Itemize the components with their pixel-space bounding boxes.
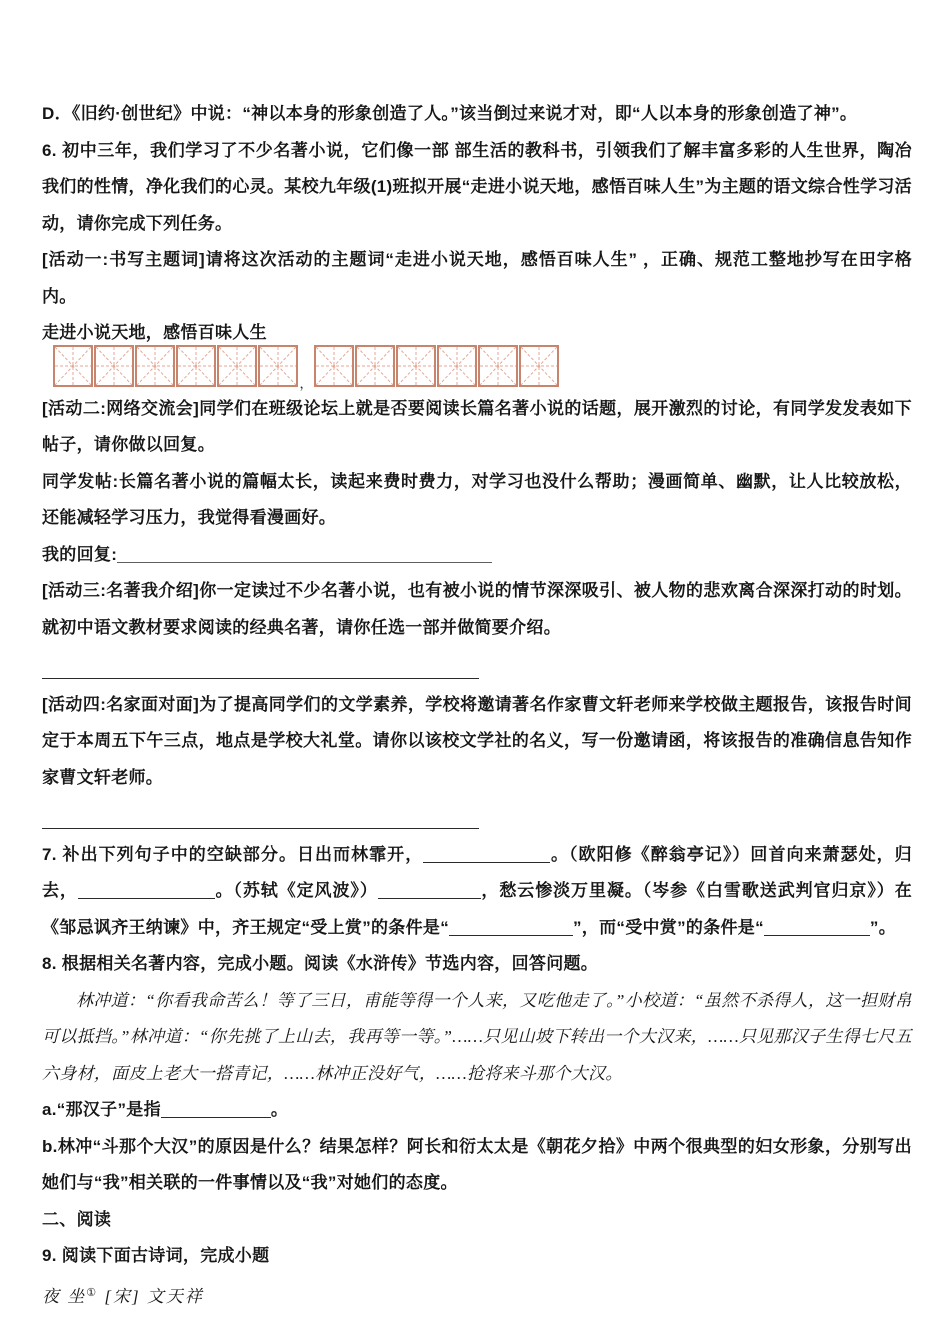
question-8-intro: 8. 根据相关名著内容，完成小题。阅读《水浒传》节选内容，回答问题。 (42, 946, 912, 983)
tianzige-box (94, 345, 134, 387)
poem-title-line: 夜 坐① [宋] 文天祥 (42, 1275, 912, 1316)
tianzige-box (437, 345, 477, 387)
student-post: 同学发帖:长篇名著小说的篇幅太长，读起来费时费力，对学习也没什么帮助；漫画简单、… (42, 464, 912, 537)
reply-answer-blank (117, 549, 492, 563)
tianzige-group-1 (53, 345, 298, 387)
q7-blank-2 (78, 885, 215, 899)
activity-4-instruction: [活动四:名家面对面]为了提高同学们的文学素养，学校将邀请著名作家曹文轩老师来学… (42, 687, 912, 797)
tianzige-box (314, 345, 354, 387)
question-9-intro: 9. 阅读下面古诗词，完成小题 (42, 1238, 912, 1275)
activity-2-instruction: [活动二:网络交流会]同学们在班级论坛上就是否要阅读长篇名著小说的话题，展开激烈… (42, 391, 912, 464)
shuihu-excerpt: 林冲道：“你看我命苦么！等了三日，甫能等得一个人来，又吃他走了。”小校道：“虽然… (42, 983, 912, 1093)
grid-separator-comma: ， (298, 379, 314, 389)
tianzige-box (258, 345, 298, 387)
activity-3-instruction: [活动三:名著我介绍]你一定读过不少名著小说，也有被小说的情节深深吸引、被人物的… (42, 573, 912, 646)
tianzige-group-2 (314, 345, 559, 387)
answer-blank-line-1 (42, 653, 912, 690)
q7-blank-4 (449, 922, 573, 936)
sub-question-b: b.林冲“斗那个大汉”的原因是什么？结果怎样？阿长和衍太太是《朝花夕拾》中两个很… (42, 1129, 912, 1202)
q7-blank-3 (378, 885, 481, 899)
activity-1-instruction: [活动一:书写主题词]请将这次活动的主题词“走进小说天地，感悟百味人生” ，正确… (42, 242, 912, 315)
exam-document-page: D．《旧约·创世纪》中说：“神以本身的形象创造了人。”该当倒过来说才对，即“人以… (0, 0, 950, 1315)
answer-blank (42, 665, 479, 679)
question-7: 7. 补出下列句子中的空缺部分。日出而林霏开，。（欧阳修《醉翁亭记》）回首向来萧… (42, 837, 912, 947)
tianzige-grid: ， (53, 345, 912, 389)
poem-title: 夜 坐 (42, 1287, 86, 1306)
poem-note-mark: ① (86, 1287, 98, 1299)
tianzige-box (217, 345, 257, 387)
tianzige-box (519, 345, 559, 387)
q8a-text: a.“那汉子”是指 (42, 1100, 161, 1119)
answer-blank (42, 815, 479, 829)
my-reply-label: 我的回复: (42, 545, 117, 564)
q7-blank-5 (764, 922, 870, 936)
tianzige-box (396, 345, 436, 387)
tianzige-box (478, 345, 518, 387)
my-reply-line: 我的回复: (42, 537, 912, 574)
section-2-heading: 二、阅读 (42, 1202, 912, 1239)
tianzige-box (135, 345, 175, 387)
poem-author: [宋] 文天祥 (104, 1287, 203, 1306)
option-d-line: D．《旧约·创世纪》中说：“神以本身的形象创造了人。”该当倒过来说才对，即“人以… (42, 96, 912, 133)
q8a-blank (161, 1104, 271, 1118)
tianzige-box (53, 345, 93, 387)
q7-text-5: ”，而“受中赏”的条件是“ (573, 918, 764, 937)
q7-text-6: ”。 (870, 918, 896, 937)
q7-blank-1 (423, 849, 550, 863)
tianzige-box (176, 345, 216, 387)
tianzige-box (355, 345, 395, 387)
q7-text-1: 7. 补出下列句子中的空缺部分。日出而林霏开， (42, 845, 423, 864)
sub-question-a: a.“那汉子”是指。 (42, 1092, 912, 1129)
question-6-intro: 6. 初中三年，我们学习了不少名著小说，它们像一部 部生活的教科书，引领我们了解… (42, 133, 912, 243)
q7-text-3: 。（苏轼《定风波》） (215, 881, 378, 900)
q8a-period: 。 (271, 1100, 288, 1119)
answer-blank-line-2 (42, 803, 912, 840)
